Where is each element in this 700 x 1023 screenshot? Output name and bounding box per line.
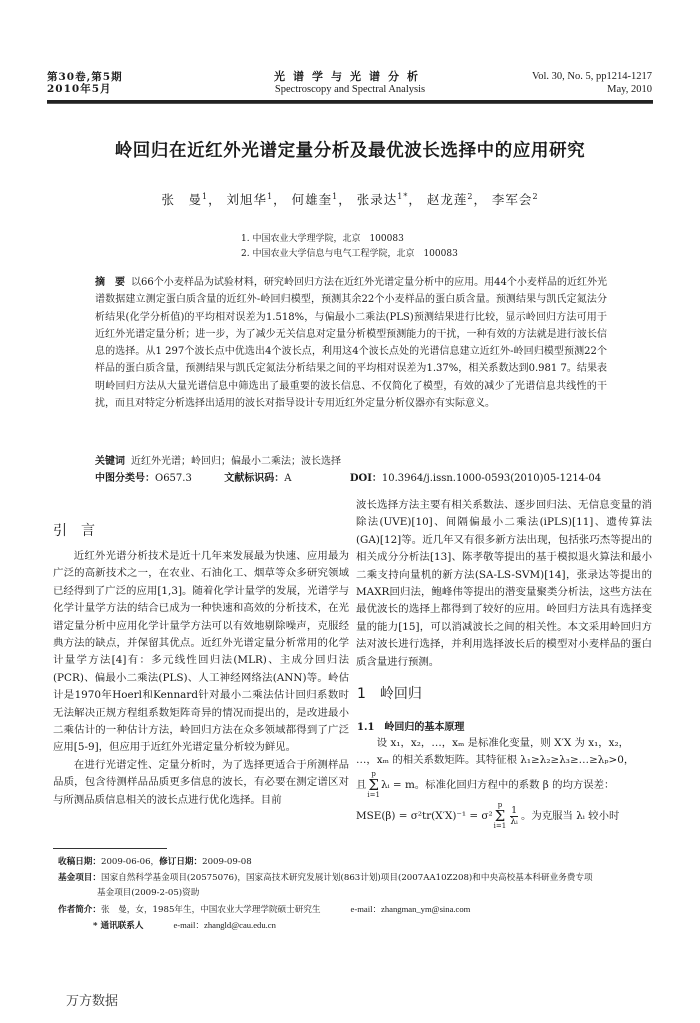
doi-value: 10.3964/j.issn.1000-0593(2010)05-1214-04 — [382, 473, 601, 484]
classification-row: 中图分类号：O657.3 文献标识码：A DOI：10.3964/j.issn.… — [95, 470, 607, 487]
date-cn: 2010年5月 — [47, 83, 123, 95]
footnotes: 收稿日期：2009-06-06，修订日期：2009-09-08 基金项目：国家自… — [58, 855, 658, 935]
journal-name-cn: 光谱学与光谱分析 — [200, 70, 500, 83]
date-en: May, 2010 — [532, 83, 652, 96]
author: 何雄奎1 — [292, 192, 339, 207]
paragraph: 近红外光谱分析技术是近十几年来发展最为快速、应用最为广泛的高新技术之一，在农业、… — [53, 548, 349, 757]
watermark: 万方数据 — [66, 990, 118, 1009]
summation-symbol: pΣi=1 — [367, 771, 380, 799]
clc-label: 中图分类号： — [95, 473, 155, 484]
author: 赵龙莲2 — [427, 192, 474, 207]
affiliations: 1. 中国农业大学理学院，北京 100083 2. 中国农业大学信息与电气工程学… — [241, 232, 458, 262]
keywords-block: 关键词近红外光谱；岭回归；偏最小二乘法；波长选择 中图分类号：O657.3 文献… — [95, 453, 607, 487]
paragraph: 在进行光谱定性、定量分析时，为了选择更适合于所测样品品质，包含待测样品品质更多信… — [53, 757, 349, 809]
right-column: 波长选择方法主要有相关系数法、逐步回归法、无信息变量的消除法(UVE)[10]、… — [356, 497, 652, 671]
section-heading-1: 1岭回归 — [357, 683, 422, 703]
abstract-text: 以66个小麦样品为试验材料，研究岭回归方法在近红外光谱定量分析中的应用。用44个… — [95, 277, 607, 409]
math-line: 设 x₁，x₂，…，xₘ 是标准化变量，则 X′X 为 x₁，x₂， — [356, 735, 656, 752]
subsection-number: 1.1 — [357, 722, 374, 733]
fraction: 1λᵢ — [510, 806, 518, 827]
section-number: 1 — [357, 686, 366, 702]
doi-label: DOI： — [350, 473, 382, 484]
keywords: 近红外光谱；岭回归；偏最小二乘法；波长选择 — [131, 456, 341, 467]
section-heading-intro: 引言 — [53, 520, 109, 540]
footnote-contact: * 通讯联系人e-mail：zhangld@cau.edu.cn — [58, 918, 658, 935]
issue-info-en: Vol. 30, No. 5, pp1214-1217 May, 2010 — [532, 70, 652, 96]
volume-en: Vol. 30, No. 5, pp1214-1217 — [532, 70, 652, 83]
author: 李军会2 — [492, 192, 539, 207]
footnote-rule — [53, 848, 167, 849]
ridge-principle-text: 设 x₁，x₂，…，xₘ 是标准化变量，则 X′X 为 x₁，x₂， …，xₘ … — [356, 735, 656, 832]
doc-code-label: 文献标识码： — [224, 473, 284, 484]
paragraph: 波长选择方法主要有相关系数法、逐步回归法、无信息变量的消除法(UVE)[10]、… — [356, 497, 652, 671]
author-list: 张 曼1， 刘旭华1， 何雄奎1， 张录达1*， 赵龙莲2， 李军会2 — [40, 190, 660, 208]
author: 刘旭华1 — [227, 192, 274, 207]
keywords-label: 关键词 — [95, 456, 125, 467]
author-email: e-mail：zhangman_ym@sina.com — [351, 904, 471, 914]
footnote-author: 作者简介：张 曼，女，1985年生，中国农业大学理学院硕士研究生e-mail：z… — [58, 902, 658, 919]
footnote-dates: 收稿日期：2009-06-06，修订日期：2009-09-08 — [58, 855, 658, 871]
equation-sum-lambda: 且 pΣi=1 λᵢ = m。标准化回归方程中的系数 β 的均方误差： — [356, 770, 656, 801]
author: 张 曼1 — [161, 192, 208, 207]
footnote-fund: 基金项目：国家自然科学基金项目(20575076)，国家高技术研究发展计划(86… — [58, 871, 658, 887]
subsection-heading-1-1: 1.1岭回归的基本原理 — [357, 718, 464, 733]
issue-info-cn: 第30卷,第5期 2010年5月 — [47, 71, 123, 95]
equation-mse: MSE(β) = σ²tr(X′X)⁻¹ = σ² pΣi=1 1λᵢ 。为克服… — [356, 801, 656, 832]
clc-value: O657.3 — [155, 473, 192, 484]
left-column: 近红外光谱分析技术是近十几年来发展最为快速、应用最为广泛的高新技术之一，在农业、… — [53, 548, 349, 809]
summation-symbol: pΣi=1 — [494, 802, 507, 830]
contact-email: e-mail：zhangld@cau.edu.cn — [173, 920, 275, 930]
subsection-title: 岭回归的基本原理 — [384, 722, 464, 733]
abstract-label: 摘 要 — [95, 277, 125, 288]
article-title: 岭回归在近红外光谱定量分析及最优波长选择中的应用研究 — [40, 137, 660, 162]
keywords-row: 关键词近红外光谱；岭回归；偏最小二乘法；波长选择 — [95, 453, 607, 470]
abstract: 摘 要以66个小麦样品为试验材料，研究岭回归方法在近红外光谱定量分析中的应用。用… — [95, 274, 607, 412]
journal-name-en: Spectroscopy and Spectral Analysis — [200, 83, 500, 96]
footnote-fund-cont: 基金项目(2009-2-05)资助 — [58, 886, 658, 902]
doc-code-value: A — [284, 473, 291, 484]
journal-name: 光谱学与光谱分析 Spectroscopy and Spectral Analy… — [200, 70, 500, 96]
affiliation-2: 2. 中国农业大学信息与电气工程学院，北京 100083 — [241, 247, 458, 262]
section-title: 岭回归 — [380, 686, 422, 702]
affiliation-1: 1. 中国农业大学理学院，北京 100083 — [241, 232, 458, 247]
author: 张录达1* — [357, 192, 409, 207]
volume-cn: 第30卷,第5期 — [47, 71, 123, 83]
math-line: …，xₘ 的相关系数矩阵。其特征根 λ₁≥λ₂≥λ₃≥…≥λₚ>0， — [356, 752, 656, 769]
header-rule — [47, 100, 653, 104]
